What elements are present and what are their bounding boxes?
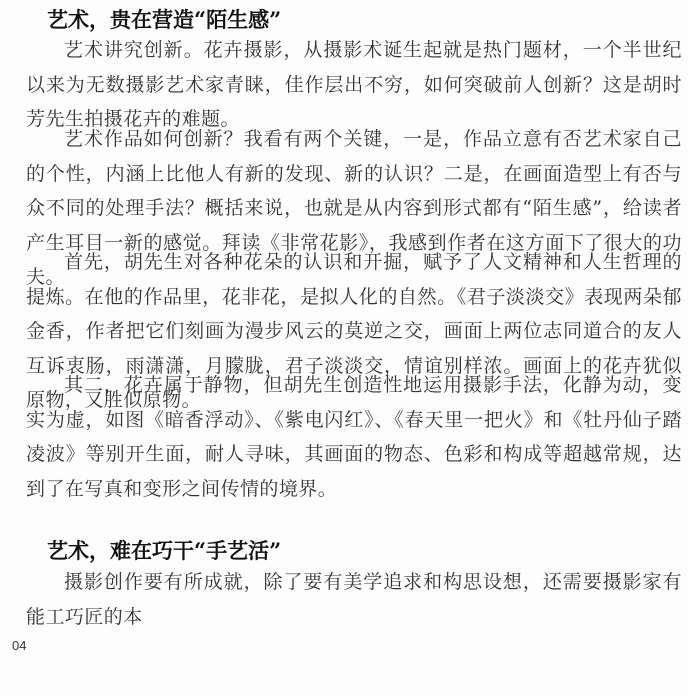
- paragraph: 其二，花卉属于静物，但胡先生创造性地运用摄影手法，化静为动，变实为虚，如图《暗香…: [26, 368, 682, 506]
- document-page: 艺术，贵在营造“陌生感” 艺术讲究创新。花卉摄影，从摄影术诞生起就是热门题材，一…: [0, 0, 688, 695]
- section-heading: 艺术，贵在营造“陌生感”: [47, 4, 281, 34]
- section-heading: 艺术，难在巧干“手艺活”: [47, 535, 281, 565]
- page-number: 04: [12, 638, 26, 653]
- paragraph: 艺术讲究创新。花卉摄影，从摄影术诞生起就是热门题材，一个半世纪以来为无数摄影艺术…: [26, 33, 682, 137]
- paragraph: 摄影创作要有所成就，除了要有美学追求和构思设想，还需要摄影家有能工巧匠的本: [26, 565, 682, 634]
